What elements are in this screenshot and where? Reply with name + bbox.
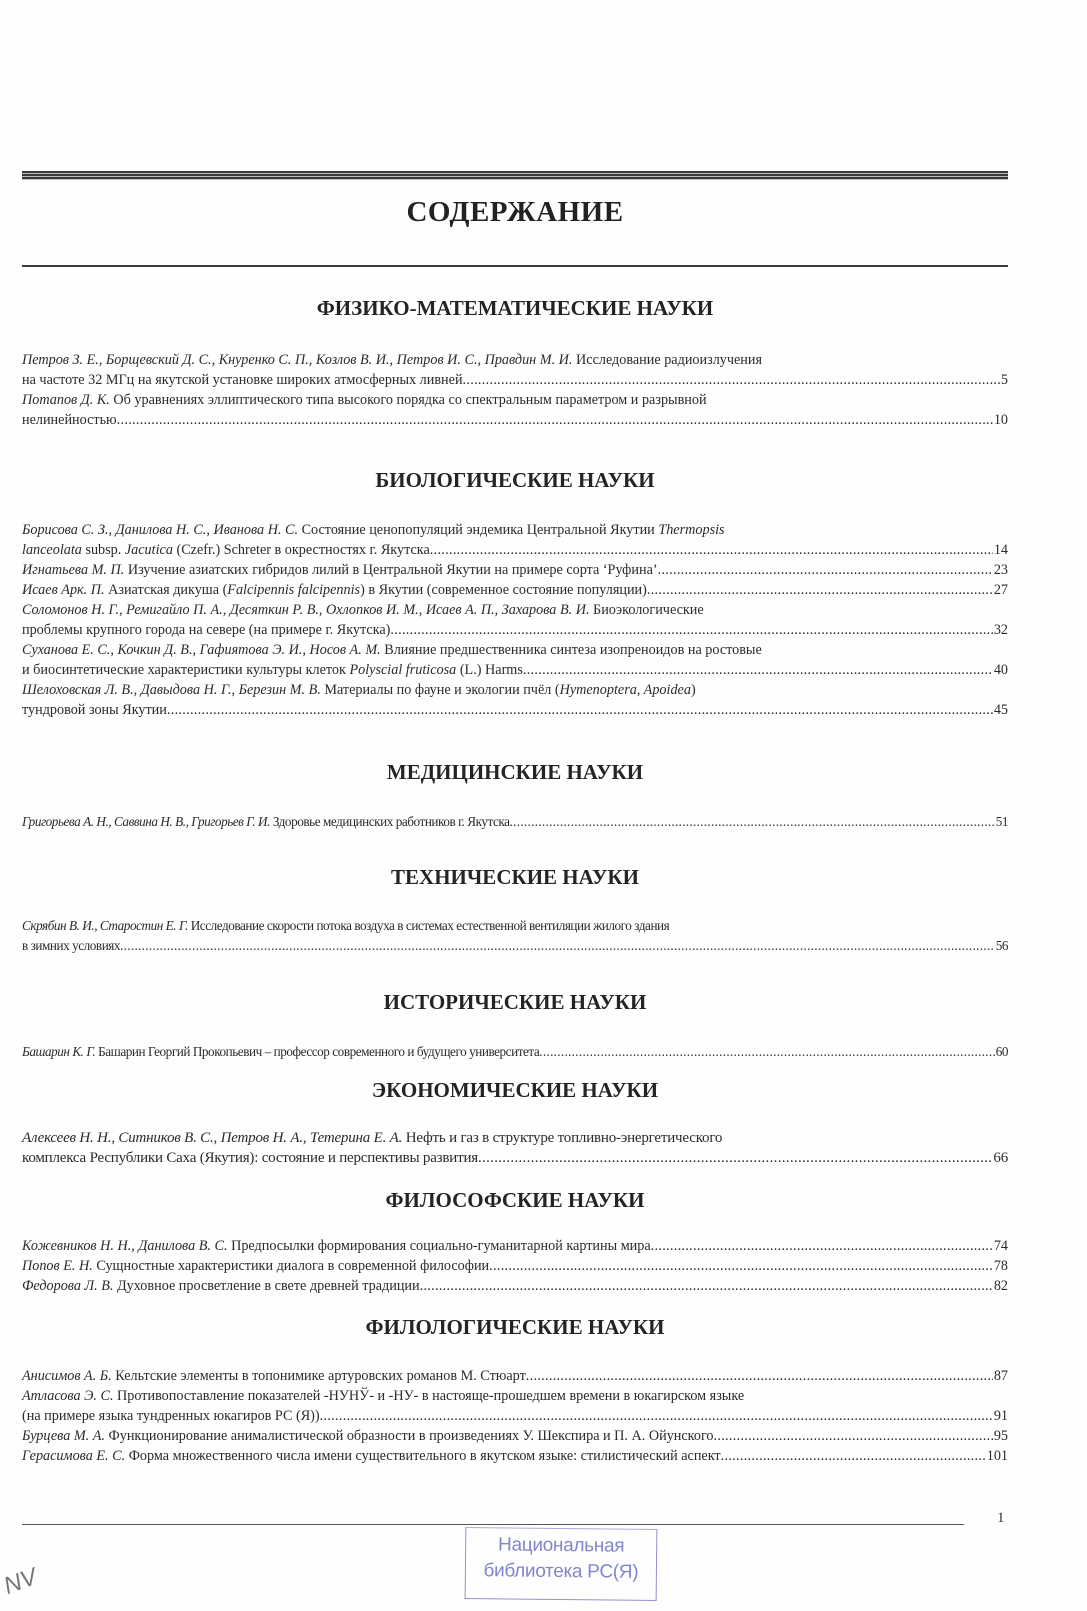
entry-page-number[interactable]: 95 [993,1426,1008,1446]
entry-title-latin: Hymenoptera, Apoidea [560,680,691,700]
entry-title-part: (L.) Harms [460,662,523,678]
handwritten-mark: NV [0,1563,41,1601]
entry-title: Предпосылки формирования социально-гуман… [231,1238,651,1254]
entry-title: Функционирование анималистической образн… [109,1428,714,1444]
entry-authors: Петров З. Е., Борщевский Д. С., Кнуренко… [22,350,572,370]
entry-authors: Скрябин В. И., Старостин Е. Г. [22,916,188,936]
entry-title: Об уравнениях эллиптического типа высоко… [113,390,706,410]
entry-title-continued: (на примере языка тундренных юкагиров РС… [22,1406,320,1426]
dot-leader [489,1256,993,1276]
entry-page-number[interactable]: 78 [993,1256,1008,1276]
section-heading-technical: ТЕХНИЧЕСКИЕ НАУКИ [0,865,1030,890]
entry-title: Сущностные характеристики диалога в совр… [96,1258,489,1274]
dot-leader [117,410,993,430]
toc-entry[interactable]: Григорьева А. Н., Саввина Н. В., Григорь… [22,812,1008,832]
entry-page-number[interactable]: 74 [993,1236,1008,1256]
toc-entry[interactable]: Соломонов Н. Г., Ремигайло П. А., Десятк… [22,600,1008,640]
dot-leader [647,580,993,600]
toc-entry[interactable]: Скрябин В. И., Старостин Е. Г. Исследова… [22,916,1008,956]
entry-page-number[interactable]: 56 [995,936,1008,956]
toc-entry[interactable]: Бурцева М. А. Функционирование анималист… [22,1426,1008,1446]
entry-page-number[interactable]: 82 [993,1276,1008,1296]
section-heading-history: ИСТОРИЧЕСКИЕ НАУКИ [0,990,1030,1015]
entry-authors: Исаев Арк. П. [22,582,105,598]
entry-title-part: subsp. [85,542,121,558]
entry-title-latin: Falcipennis falcipennis [227,582,360,598]
entry-page-number[interactable]: 10 [993,410,1008,430]
entry-title-part: ) в Якутии (современное состояние популя… [360,582,647,598]
entry-title: Башарин Георгий Прокопьевич – профессор … [98,1044,539,1059]
dot-leader [714,1426,993,1446]
entry-title: Азиатская дикуша ( [108,582,227,598]
entry-title-continued: тундровой зоны Якутии [22,700,167,720]
entry-authors: Анисимов А. Б. [22,1368,112,1384]
entry-title: Влияние предшественника синтеза изопрено… [384,640,762,660]
dot-leader [420,1276,993,1296]
dot-leader [510,812,995,832]
section-heading-philology: ФИЛОЛОГИЧЕСКИЕ НАУКИ [0,1315,1030,1340]
entry-authors: Кожевников Н. Н., Данилова В. С. [22,1238,228,1254]
toc-entry[interactable]: Потапов Д. К. Об уравнениях эллиптическо… [22,390,1008,430]
entry-authors: Шелоховская Л. В., Давыдова Н. Г., Берез… [22,680,321,700]
toc-entry[interactable]: Федорова Л. В. Духовное просветление в с… [22,1276,1008,1296]
dot-leader [430,540,993,560]
entry-title-latin: Jacutica [125,542,173,558]
entry-authors: Потапов Д. К. [22,390,110,410]
toc-entry[interactable]: Шелоховская Л. В., Давыдова Н. Г., Берез… [22,680,1008,720]
entry-page-number[interactable]: 60 [995,1042,1008,1062]
page-number: 1 [997,1510,1005,1527]
entry-title: Кельтские элементы в топонимике артуровс… [115,1368,526,1384]
dot-leader [120,936,995,956]
entry-authors: Башарин К. Г. [22,1044,95,1059]
dot-leader [167,700,993,720]
entry-page-number[interactable]: 91 [993,1406,1008,1426]
dot-leader [721,1446,986,1466]
entry-page-number[interactable]: 101 [986,1446,1008,1466]
entry-title: Исследование скорости потока воздуха в с… [191,916,670,936]
entry-title: Форма множественного числа имени существ… [129,1448,721,1464]
entry-authors: Герасимова Е. С. [22,1448,125,1464]
entry-authors: Игнатьева М. П. [22,562,124,578]
entry-title-latin: Polyscial fruticosa [349,662,456,678]
section-heading-physics-math: ФИЗИКО-МАТЕМАТИЧЕСКИЕ НАУКИ [0,296,1030,321]
entry-title: Исследование радиоизлучения [576,350,762,370]
section-heading-medicine: МЕДИЦИНСКИЕ НАУКИ [0,760,1030,785]
entry-title-continued: комплекса Республики Саха (Якутия): сост… [22,1148,478,1168]
entry-page-number[interactable]: 23 [993,560,1008,580]
entry-authors: Борисова С. З., Данилова Н. С., Иванова … [22,520,298,540]
entry-authors: Атласова Э. С. [22,1386,114,1406]
toc-entry[interactable]: Алексеев Н. Н., Ситников В. С., Петров Н… [22,1128,1008,1168]
footer-rule [22,1524,964,1525]
dot-leader [390,620,992,640]
entry-authors: Григорьева А. Н., Саввина Н. В., Григорь… [22,814,270,829]
dot-leader [463,370,1000,390]
toc-entry[interactable]: Исаев Арк. П. Азиатская дикуша (Falcipen… [22,580,1008,600]
dot-leader [651,1236,993,1256]
entry-title: Здоровье медицинских работников г. Якутс… [273,814,510,829]
entry-title: Материалы по фауне и экологии пчёл ( [324,680,559,700]
entry-title-part: ) [691,680,696,700]
stamp-text-line2: библиотека РС(Я) [466,1560,656,1584]
stamp-text-line1: Национальная [466,1534,656,1558]
entry-title: Состояние ценопопуляций эндемика Централ… [302,520,655,540]
toc-entry[interactable]: Попов Е. Н. Сущностные характеристики ди… [22,1256,1008,1276]
entry-title-continued: на частоте 32 МГц на якутской установке … [22,370,463,390]
entry-page-number[interactable]: 45 [993,700,1008,720]
section-heading-biology: БИОЛОГИЧЕСКИЕ НАУКИ [0,468,1030,493]
entry-page-number[interactable]: 87 [993,1366,1008,1386]
entry-authors: Попов Е. Н. [22,1258,93,1274]
entry-title-continued: нелинейностью [22,410,117,430]
entry-title: Духовное просветление в свете древней тр… [117,1278,420,1294]
toc-entry[interactable]: Игнатьева М. П. Изучение азиатских гибри… [22,560,1008,580]
dot-leader [539,1042,994,1062]
entry-title: Изучение азиатских гибридов лилий в Цент… [128,562,658,578]
entry-authors: Соломонов Н. Г., Ремигайло П. А., Десятк… [22,600,590,620]
entry-title-latin: Thermopsis [658,520,724,540]
toc-entry[interactable]: Суханова Е. С., Кочкин Д. В., Гафиятова … [22,640,1008,680]
toc-entry[interactable]: Борисова С. З., Данилова Н. С., Иванова … [22,520,1008,560]
dot-leader [320,1406,993,1426]
entry-authors: Бурцева М. А. [22,1428,105,1444]
entry-title: Нефть и газ в структуре топливно-энергет… [406,1128,722,1148]
entry-authors: Федорова Л. В. [22,1278,113,1294]
section-heading-philosophy: ФИЛОСОФСКИЕ НАУКИ [0,1188,1030,1213]
entry-title-latin: lanceolata [22,542,82,558]
entry-title-part: (Czefr.) Schreter в окрестностях г. Якут… [176,542,429,558]
entry-title: Биоэкологические [593,600,704,620]
entry-page-number[interactable]: 32 [993,620,1008,640]
entry-title-continued: и биосинтетические характеристики культу… [22,662,346,678]
title-rule [22,265,1008,267]
page-title: СОДЕРЖАНИЕ [0,196,1030,229]
toc-entry[interactable]: Герасимова Е. С. Форма множественного чи… [22,1446,1008,1466]
entry-title-continued: в зимних условиях [22,936,120,956]
entry-page-number[interactable]: 40 [993,660,1008,680]
entry-title: Противопоставление показателей -НУНЎ- и … [117,1386,744,1406]
entry-authors: Алексеев Н. Н., Ситников В. С., Петров Н… [22,1128,402,1148]
library-stamp: Национальная библиотека РС(Я) [465,1527,658,1601]
entry-page-number[interactable]: 5 [1000,370,1008,390]
entry-page-number[interactable]: 27 [993,580,1008,600]
toc-entry[interactable]: Анисимов А. Б. Кельтские элементы в топо… [22,1366,1008,1386]
toc-entry[interactable]: Башарин К. Г. Башарин Георгий Прокопьеви… [22,1042,1008,1062]
entry-authors: Суханова Е. С., Кочкин Д. В., Гафиятова … [22,640,381,660]
toc-entry[interactable]: Петров З. Е., Борщевский Д. С., Кнуренко… [22,350,1008,390]
dot-leader [478,1148,992,1168]
dot-leader [526,1366,993,1386]
entry-page-number[interactable]: 14 [993,540,1008,560]
entry-page-number[interactable]: 51 [995,812,1008,832]
top-double-rule [22,171,1008,180]
toc-entry[interactable]: Кожевников Н. Н., Данилова В. С. Предпос… [22,1236,1008,1256]
entry-title-continued: проблемы крупного города на севере (на п… [22,620,390,640]
dot-leader [658,560,993,580]
dot-leader [523,660,993,680]
section-heading-economics: ЭКОНОМИЧЕСКИЕ НАУКИ [0,1078,1030,1103]
toc-entry[interactable]: Атласова Э. С. Противопоставление показа… [22,1386,1008,1426]
entry-page-number[interactable]: 66 [992,1148,1008,1168]
